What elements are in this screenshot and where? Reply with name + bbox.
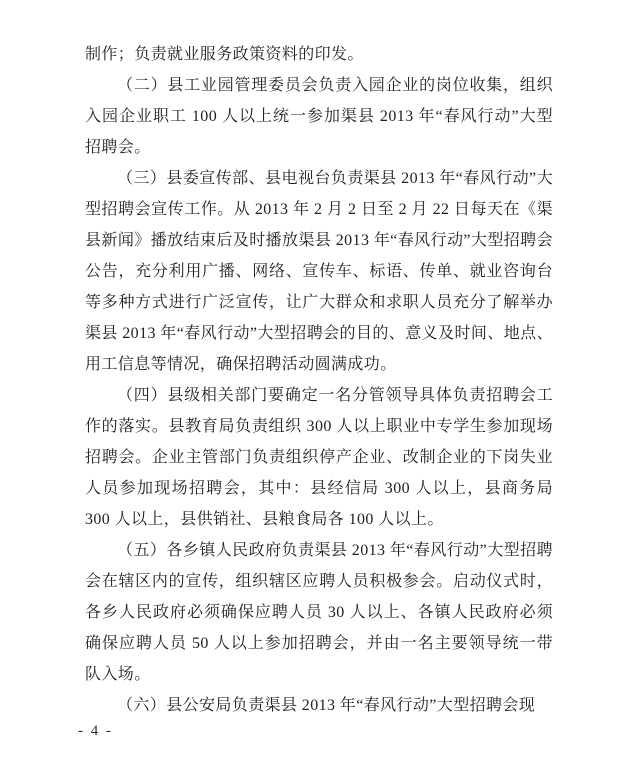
paragraph-item-3: （三）县委宣传部、县电视台负责渠县 2013 年“春风行动”大型招聘会宣传工作。… [85, 163, 553, 380]
document-page: 制作；负责就业服务政策资料的印发。 （二）县工业园管理委员会负责入园企业的岗位收… [0, 0, 635, 767]
paragraph-item-4: （四）县级相关部门要确定一名分管领导具体负责招聘会工作的落实。县教育局负责组织 … [85, 380, 553, 535]
paragraph-item-5: （五）各乡镇人民政府负责渠县 2013 年“春风行动”大型招聘会在辖区内的宣传，… [85, 535, 553, 690]
paragraph-item-6: （六）县公安局负责渠县 2013 年“春风行动”大型招聘会现 [85, 690, 553, 721]
paragraph-item-2: （二）县工业园管理委员会负责入园企业的岗位收集，组织入园企业职工 100 人以上… [85, 70, 553, 163]
document-body: 制作；负责就业服务政策资料的印发。 （二）县工业园管理委员会负责入园企业的岗位收… [85, 39, 553, 721]
paragraph-continuation: 制作；负责就业服务政策资料的印发。 [85, 39, 553, 70]
page-number: - 4 - [78, 720, 113, 742]
